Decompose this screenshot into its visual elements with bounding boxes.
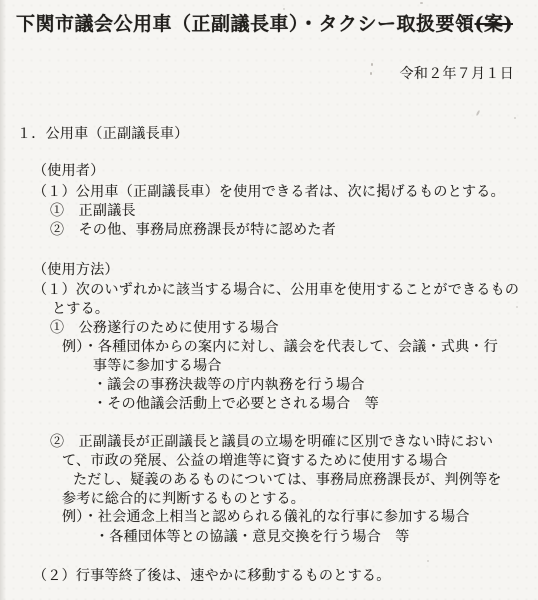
usage-item-2-line-2: て、市政の発展、公益の増進等に資するために使用する場合 <box>62 452 448 471</box>
scan-noise-dot <box>427 560 429 562</box>
usage-item-1-heading: ① 公務遂行のために使用する場合 <box>50 319 279 338</box>
draft-label-strikethrough: (案) <box>475 13 513 35</box>
usage-item-2-line-3: ただし、疑義のあるものについては、事務局庶務課長が、判例等を <box>73 471 502 490</box>
usage-clause-1-line-2: とする。 <box>52 300 109 319</box>
users-clause-1: （１）公用車（正副議長車）を使用できる者は、次に掲げるものとする。 <box>33 183 505 202</box>
usage-item-2-line-1: ② 正副議長が正副議長と議員の立場を明確に区別できない時におい <box>50 433 493 452</box>
scan-noise-dot <box>420 2 423 4</box>
scan-noise-dot <box>514 117 516 119</box>
doc-title-text: 下関市議会公用車（正副議長車）・タクシー取扱要領 <box>16 13 475 35</box>
scan-noise-dot <box>370 72 372 75</box>
usage-clause-2: （２）行事等終了後は、速やかに移動するものとする。 <box>33 567 391 586</box>
usage-item-1-example-3: ・その他議会活動上で必要とされる場合 等 <box>93 395 379 414</box>
usage-section-label: （使用方法） <box>33 261 119 280</box>
users-item-2: ② その他、事務局庶務課長が特に認めた者 <box>50 221 336 240</box>
users-item-1: ① 正副議長 <box>50 202 136 221</box>
issue-date: 令和２年７月１日 <box>400 65 514 84</box>
usage-item-2-example-1: 例）・社会通念上相当と認められる儀礼的な行事に参加する場合 <box>62 508 470 527</box>
section-1-heading: １．公用車（正副議長車） <box>17 125 189 144</box>
usage-item-2-example-2: ・各種団体等との協議・意見交換を行う場合 等 <box>95 528 410 547</box>
scanned-document-page: 下関市議会公用車（正副議長車）・タクシー取扱要領(案) 令和２年７月１日 １．公… <box>0 0 538 600</box>
usage-clause-1-line-1: （１）次のいずれかに該当する場合に、公用車を使用することができるもの <box>33 281 519 300</box>
scan-noise-dot <box>516 306 518 308</box>
usage-item-1-example-1-line-1: 例）・各種団体からの案内に対し、議会を代表して、会議・式典・行 <box>62 338 498 357</box>
scan-edge-shadow <box>0 0 6 600</box>
scan-noise-dot <box>283 8 285 10</box>
doc-title: 下関市議会公用車（正副議長車）・タクシー取扱要領(案) <box>16 11 513 38</box>
usage-item-1-example-1-line-2: 事等に参加する場合 <box>93 357 222 376</box>
usage-item-1-example-2: ・議会の事務決裁等の庁内執務を行う場合 <box>93 376 365 395</box>
users-section-label: （使用者） <box>33 162 105 181</box>
usage-item-2-line-4: 参考に総合的に判断するものとする。 <box>62 490 305 509</box>
scan-noise-dot <box>476 110 481 116</box>
scan-noise-dot <box>371 63 373 66</box>
